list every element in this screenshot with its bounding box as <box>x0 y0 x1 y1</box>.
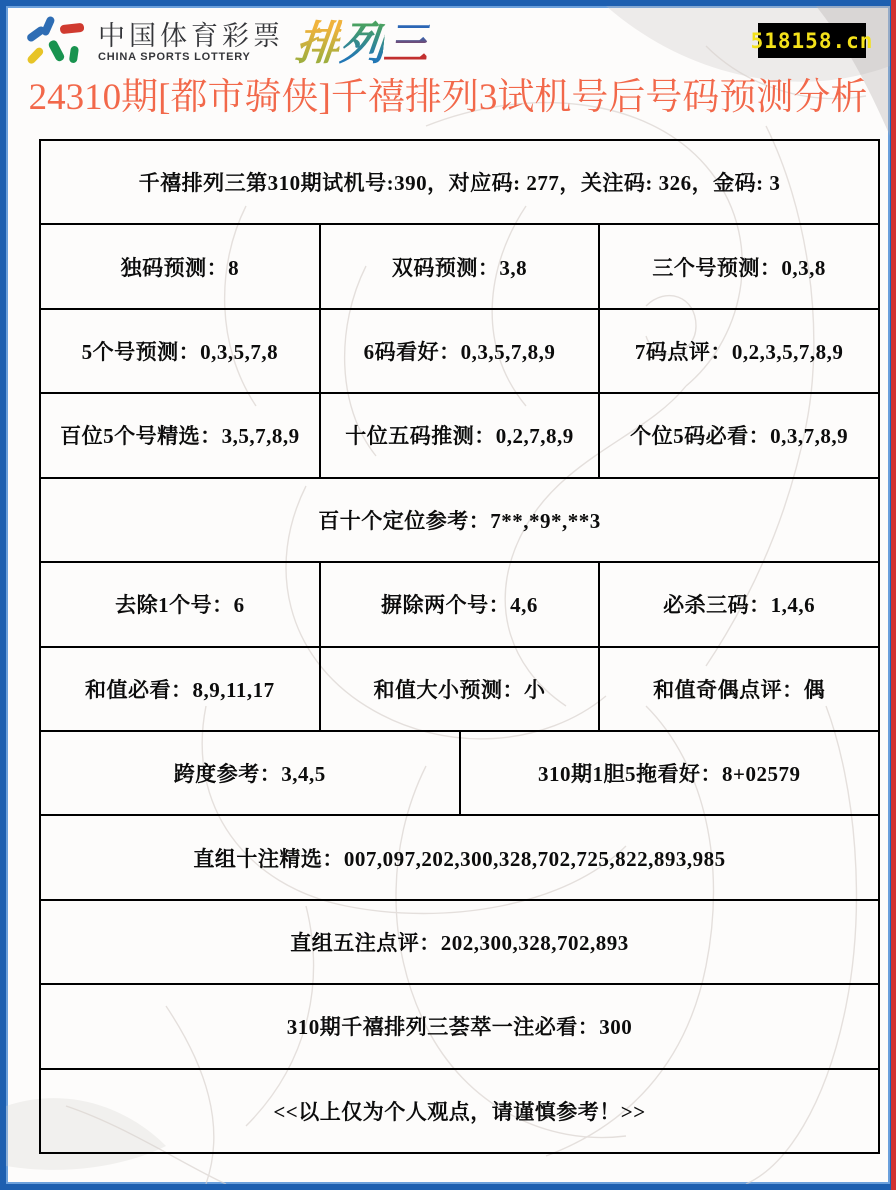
table-cell: 十位五码推测：0,2,7,8,9 <box>319 394 599 476</box>
table-row: 直组五注点评：202,300,328,702,893 <box>41 901 878 985</box>
header: 中国体育彩票 CHINA SPORTS LOTTERY 排列三 518158.c… <box>6 6 890 72</box>
table-cell: 摒除两个号：4,6 <box>319 563 599 645</box>
table-row: 310期千禧排列三荟萃一注必看：300 <box>41 985 878 1069</box>
table-cell: 7码点评：0,2,3,5,7,8,9 <box>598 310 878 392</box>
page-title: 24310期[都市骑侠]千禧排列3试机号后号码预测分析 <box>14 75 882 121</box>
brand-name-cn: 中国体育彩票 <box>98 22 284 50</box>
product-name: 排列三 <box>294 20 431 66</box>
table-cell: 千禧排列三第310期试机号:390，对应码: 277，关注码: 326，金码: … <box>41 141 878 223</box>
table-cell: 310期1胆5拖看好：8+02579 <box>459 732 879 814</box>
table-row: 千禧排列三第310期试机号:390，对应码: 277，关注码: 326，金码: … <box>41 141 878 225</box>
right-edge-stripe <box>891 0 896 1190</box>
table-cell: 直组十注精选：007,097,202,300,328,702,725,822,8… <box>41 816 878 898</box>
table-row: 百位5个号精选：3,5,7,8,9十位五码推测：0,2,7,8,9个位5码必看：… <box>41 394 878 478</box>
table-row: 去除1个号：6摒除两个号：4,6必杀三码：1,4,6 <box>41 563 878 647</box>
brand-text: 中国体育彩票 CHINA SPORTS LOTTERY <box>98 22 284 65</box>
sports-lottery-icon <box>24 14 90 72</box>
table-row: <<以上仅为个人观点，请谨慎参考！>> <box>41 1070 878 1152</box>
table-row: 跨度参考：3,4,5310期1胆5拖看好：8+02579 <box>41 732 878 816</box>
product-char-1: 排 <box>293 17 342 69</box>
table-cell: 三个号预测：0,3,8 <box>598 225 878 307</box>
table-row: 5个号预测：0,3,5,7,86码看好：0,3,5,7,8,97码点评：0,2,… <box>41 310 878 394</box>
table-cell: 独码预测：8 <box>41 225 319 307</box>
table-row: 百十个定位参考：7**,*9*,**3 <box>41 479 878 563</box>
page: 中国体育彩票 CHINA SPORTS LOTTERY 排列三 518158.c… <box>0 0 896 1190</box>
table-cell: 去除1个号：6 <box>41 563 319 645</box>
table-cell: 百十个定位参考：7**,*9*,**3 <box>41 479 878 561</box>
table-row: 和值必看：8,9,11,17和值大小预测：小和值奇偶点评：偶 <box>41 648 878 732</box>
table-cell: 310期千禧排列三荟萃一注必看：300 <box>41 985 878 1067</box>
table-cell: 5个号预测：0,3,5,7,8 <box>41 310 319 392</box>
brand-name-en: CHINA SPORTS LOTTERY <box>98 50 284 64</box>
table-cell: 双码预测：3,8 <box>319 225 599 307</box>
prediction-table: 千禧排列三第310期试机号:390，对应码: 277，关注码: 326，金码: … <box>39 139 880 1154</box>
table-cell: 个位5码必看：0,3,7,8,9 <box>598 394 878 476</box>
table-cell: 百位5个号精选：3,5,7,8,9 <box>41 394 319 476</box>
table-cell: 必杀三码：1,4,6 <box>598 563 878 645</box>
table-cell: 和值必看：8,9,11,17 <box>41 648 319 730</box>
site-badge: 518158.cn <box>758 23 866 58</box>
table-cell: 跨度参考：3,4,5 <box>41 732 459 814</box>
product-char-2: 列 <box>337 17 386 69</box>
table-cell: 和值奇偶点评：偶 <box>598 648 878 730</box>
table-cell: 6码看好：0,3,5,7,8,9 <box>319 310 599 392</box>
table-row: 直组十注精选：007,097,202,300,328,702,725,822,8… <box>41 816 878 900</box>
table-cell: 和值大小预测：小 <box>319 648 599 730</box>
table-row: 独码预测：8双码预测：3,8三个号预测：0,3,8 <box>41 225 878 309</box>
table-cell: 直组五注点评：202,300,328,702,893 <box>41 901 878 983</box>
product-char-3: 三 <box>381 17 430 69</box>
lottery-logo: 中国体育彩票 CHINA SPORTS LOTTERY 排列三 <box>24 14 428 72</box>
table-cell: <<以上仅为个人观点，请谨慎参考！>> <box>41 1070 878 1152</box>
